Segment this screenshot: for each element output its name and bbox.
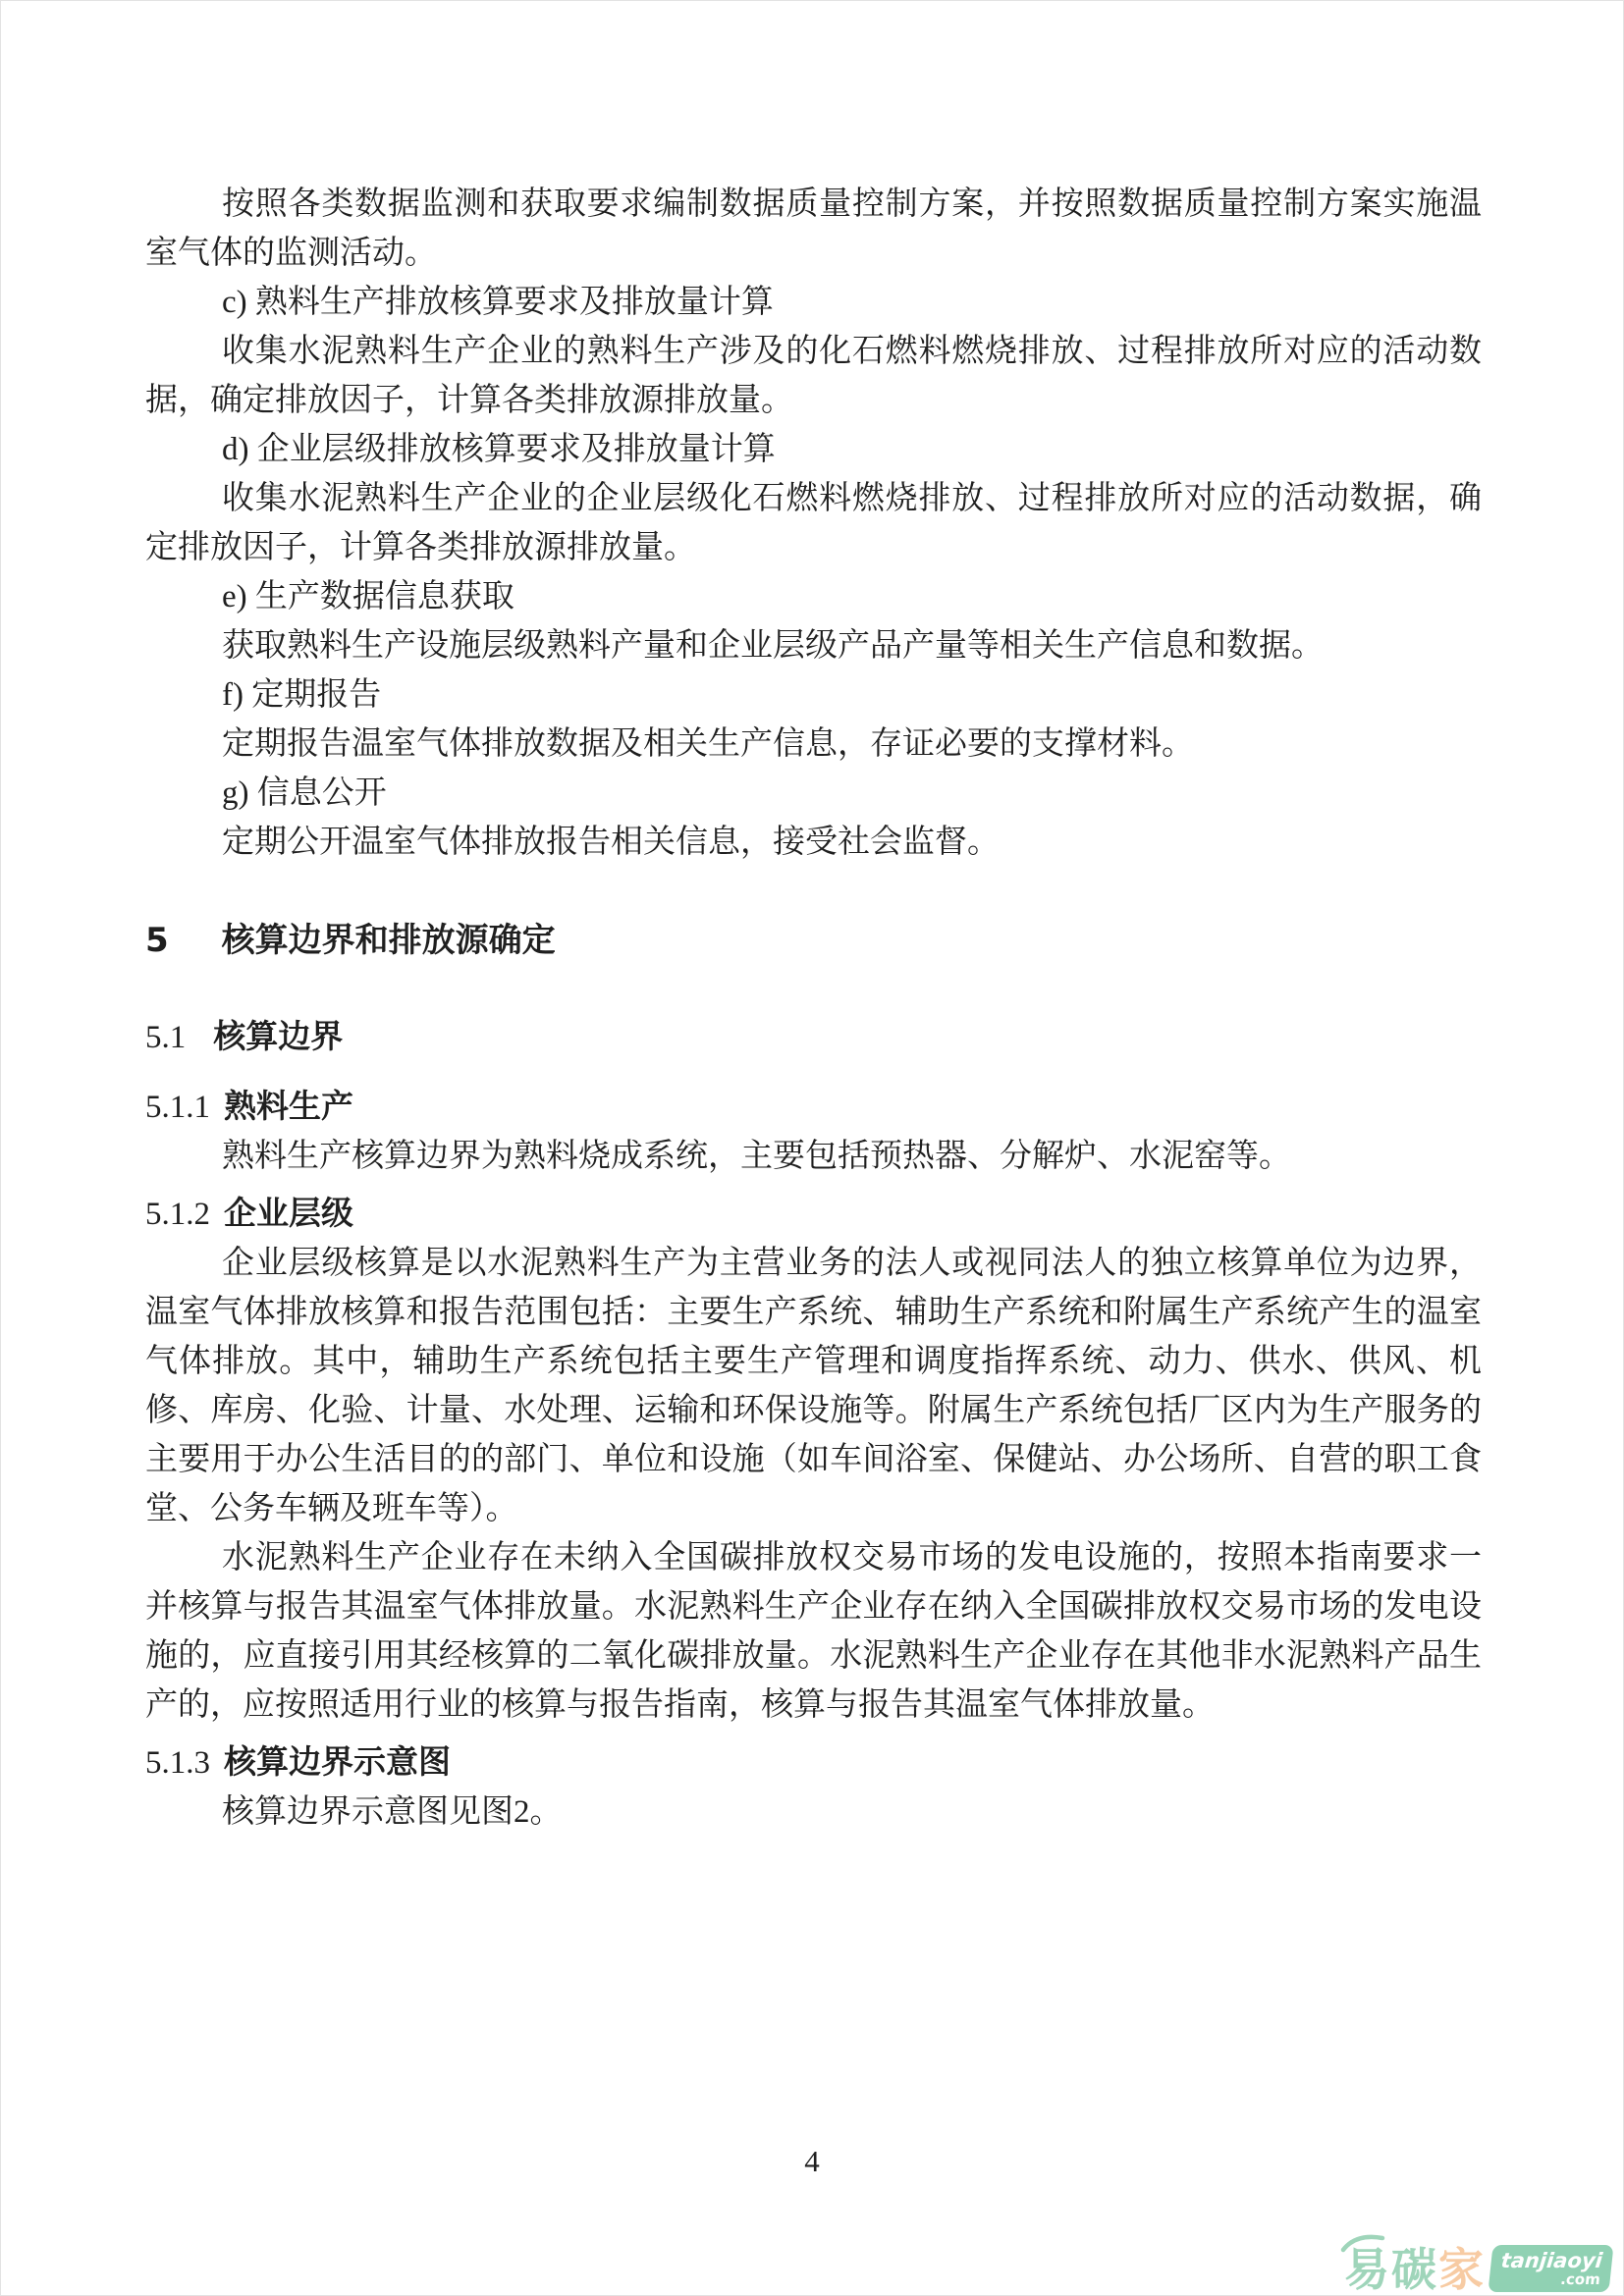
watermark-char-jia: 家 bbox=[1438, 2246, 1486, 2293]
paragraph-data-quality-plan: 按照各类数据监测和获取要求编制数据质量控制方案，并按照数据质量控制方案实施温室气… bbox=[145, 180, 1482, 278]
section-number: 5 bbox=[145, 921, 169, 960]
list-item-f: f) 定期报告 bbox=[145, 670, 1482, 720]
list-item-e: e) 生产数据信息获取 bbox=[145, 572, 1482, 621]
section-title: 企业层级 bbox=[224, 1194, 353, 1232]
section-number: 5.1.2 bbox=[145, 1197, 210, 1232]
list-item-g: g) 信息公开 bbox=[145, 769, 1482, 818]
section-title: 熟料生产 bbox=[224, 1087, 353, 1125]
watermark-char-tan: 碳 bbox=[1391, 2246, 1438, 2293]
section-heading-5-1-3: 5.1.3核算边界示意图 bbox=[145, 1737, 1482, 1788]
section-heading-5-1-2: 5.1.2企业层级 bbox=[145, 1189, 1482, 1239]
paragraph-enterprise-boundary: 企业层级核算是以水泥熟料生产为主营业务的法人或视同法人的独立核算单位为边界，温室… bbox=[145, 1239, 1482, 1533]
document-content: 按照各类数据监测和获取要求编制数据质量控制方案，并按照数据质量控制方案实施温室气… bbox=[145, 180, 1482, 1837]
watermark-domain-tld: .com bbox=[1559, 2272, 1600, 2288]
section-title: 核算边界 bbox=[213, 1017, 343, 1055]
watermark-swoosh-icon bbox=[1340, 2231, 1385, 2253]
watermark-logo: 易 碳 家 tanjiaoyi .com bbox=[1344, 2245, 1611, 2293]
section-number: 5.1 bbox=[145, 1020, 186, 1055]
paragraph-periodic-report: 定期报告温室气体排放数据及相关生产信息，存证必要的支撑材料。 bbox=[145, 720, 1482, 769]
paragraph-boundary-figure-ref: 核算边界示意图见图2。 bbox=[145, 1788, 1482, 1837]
paragraph-clinker-boundary: 熟料生产核算边界为熟料烧成系统，主要包括预热器、分解炉、水泥窑等。 bbox=[145, 1132, 1482, 1181]
list-item-d: d) 企业层级排放核算要求及排放量计算 bbox=[145, 425, 1482, 474]
section-title: 核算边界示意图 bbox=[224, 1742, 451, 1781]
list-item-c: c) 熟料生产排放核算要求及排放量计算 bbox=[145, 278, 1482, 327]
document-page: 按照各类数据监测和获取要求编制数据质量控制方案，并按照数据质量控制方案实施温室气… bbox=[0, 0, 1624, 2296]
paragraph-power-generation-facilities: 水泥熟料生产企业存在未纳入全国碳排放权交易市场的发电设施的，按照本指南要求一并核… bbox=[145, 1533, 1482, 1730]
paragraph-enterprise-emission-data: 收集水泥熟料生产企业的企业层级化石燃料燃烧排放、过程排放所对应的活动数据，确定排… bbox=[145, 474, 1482, 572]
section-heading-5-1-1: 5.1.1熟料生产 bbox=[145, 1082, 1482, 1132]
section-number: 5.1.1 bbox=[145, 1090, 210, 1125]
page-number: 4 bbox=[1, 2144, 1623, 2179]
paragraph-clinker-emission-data: 收集水泥熟料生产企业的熟料生产涉及的化石燃料燃烧排放、过程排放所对应的活动数据，… bbox=[145, 327, 1482, 425]
paragraph-information-disclosure: 定期公开温室气体排放报告相关信息，接受社会监督。 bbox=[145, 818, 1482, 867]
section-heading-5: 5核算边界和排放源确定 bbox=[145, 916, 1482, 965]
section-heading-5-1: 5.1核算边界 bbox=[145, 1012, 1482, 1062]
watermark-domain-badge: tanjiaoyi .com bbox=[1488, 2245, 1613, 2292]
section-number: 5.1.3 bbox=[145, 1745, 210, 1781]
section-title: 核算边界和排放源确定 bbox=[222, 921, 556, 960]
paragraph-production-data: 获取熟料生产设施层级熟料产量和企业层级产品产量等相关生产信息和数据。 bbox=[145, 621, 1482, 670]
watermark-domain-name: tanjiaoyi bbox=[1500, 2250, 1603, 2272]
